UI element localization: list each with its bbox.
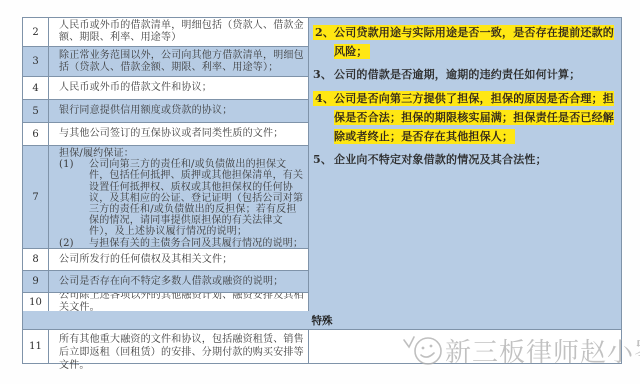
yellow-highlight: 4、公司是否向第三方提供了担保，担保的原因是否合理；担保是否合法；担保的期限核实… (313, 91, 614, 144)
row-number: 6 (23, 123, 49, 145)
row-content: 与其他公司签订的互保协议或者同类性质的文件； (49, 123, 308, 145)
table-row-6: 6 与其他公司签订的互保协议或者同类性质的文件； (23, 123, 308, 146)
item-text: 公司贷款用途与实际用途是否一致，是否存在提前还款的风险； (334, 26, 614, 58)
item-number: 3、 (313, 65, 334, 84)
row-content: 人民币或外币的借款文件和协议； (49, 77, 308, 99)
review-point-2: 2、公司贷款用途与实际用途是否一致，是否存在提前还款的风险； (313, 23, 617, 61)
row-content: 公司除上述各项以外的其他融资计划、融资安排及其相关文件。 (49, 293, 308, 311)
row-content: 银行同意提供信用额度或贷款的协议； (49, 100, 308, 122)
document-list-columns: 2 人民币或外币的借款清单，明细包括（贷款人、借款金额、期限、利率、用途等） 3… (23, 18, 309, 311)
review-point-3: 3、公司的借款是否逾期，逾期的违约责任如何计算； (313, 65, 617, 84)
table-row-7: 7 担保/履约保证： (1)公司向第三方的责任和/或负债做出的担保文件，包括任何… (23, 146, 308, 249)
table-row-10: 10 公司除上述各项以外的其他融资计划、融资安排及其相关文件。 (23, 293, 308, 311)
guarantee-subitem-2: (2)与担保有关的主债务合同及其履行情况的说明； (59, 238, 304, 248)
due-diligence-table: 2 人民币或外币的借款清单，明细包括（贷款人、借款金额、期限、利率、用途等） 3… (22, 17, 622, 364)
row11-left: 11 所有其他重大融资的文件和协议，包括融资租赁、销售后立即返租（回租赁）的安排… (23, 330, 309, 363)
table-row-5: 5 银行同意提供信用额度或贷款的协议； (23, 100, 308, 123)
guarantee-subitem-1: (1)公司向第三方的责任和/或负债做出的担保文件，包括任何抵押、质押或其他担保清… (59, 159, 304, 237)
row-content: 担保/履约保证： (1)公司向第三方的责任和/或负债做出的担保文件，包括任何抵押… (49, 146, 308, 248)
row-content: 公司所发行的任何债权及其相关文件； (49, 249, 308, 270)
row-number: 2 (23, 18, 49, 46)
review-points-panel: 2、公司贷款用途与实际用途是否一致，是否存在提前还款的风险； 3、公司的借款是否… (309, 18, 621, 311)
subitem-label: (1) (59, 159, 89, 170)
item-number: 2、 (313, 23, 334, 42)
review-point-4: 4、公司是否向第三方提供了担保，担保的原因是否合理；担保是否合法；担保的期限核实… (313, 89, 617, 146)
yellow-highlight: 2、公司贷款用途与实际用途是否一致，是否存在提前还款的风险； (313, 25, 614, 59)
document-page: 2 人民币或外币的借款清单，明细包括（贷款人、借款金额、期限、利率、用途等） 3… (0, 0, 640, 384)
row-number: 8 (23, 249, 49, 270)
item-text: 企业向不特定对象借款的情况及其合法性； (334, 153, 547, 166)
item-text: 公司是否向第三方提供了担保，担保的原因是否合理；担保是否合法；担保的期限核实届满… (334, 92, 614, 143)
review-point-5: 5、企业向不特定对象借款的情况及其合法性； (313, 150, 617, 169)
row-content: 所有其他重大融资的文件和协议，包括融资租赁、销售后立即返租（回租赁）的安排、分期… (49, 330, 308, 363)
subitem-text: 与担保有关的主债务合同及其履行情况的说明； (89, 238, 303, 248)
empty-cell (309, 330, 621, 363)
item-number: 5、 (313, 150, 334, 169)
table-row-9: 9 公司是否存在向不特定多数人借款或融资的说明； (23, 271, 308, 293)
row-content: 人民币或外币的借款清单，明细包括（贷款人、借款金额、期限、利率、用途等） (49, 18, 308, 46)
row-number: 11 (23, 330, 49, 363)
special-header-label: 特殊 (312, 313, 333, 328)
special-section-header: 特殊 (23, 311, 621, 330)
row-number: 3 (23, 47, 49, 76)
item-text: 公司的借款是否逾期，逾期的违约责任如何计算； (334, 68, 580, 81)
table-row-8: 8 公司所发行的任何债权及其相关文件； (23, 249, 308, 271)
subitem-label: (2) (59, 238, 89, 248)
row-number: 4 (23, 77, 49, 99)
row-number: 10 (23, 293, 49, 311)
table-body: 2 人民币或外币的借款清单，明细包括（贷款人、借款金额、期限、利率、用途等） 3… (23, 18, 621, 311)
guarantee-title: 担保/履约保证： (59, 148, 304, 159)
row-content: 除正常业务范围以外，公司向其他方借款清单，明细包括（贷款人、借款金额、期限、利率… (49, 47, 308, 76)
subitem-text: 公司向第三方的责任和/或负债做出的担保文件，包括任何抵押、质押或其他担保清单，有… (89, 159, 303, 237)
row-number: 7 (23, 146, 49, 248)
table-row-4: 4 人民币或外币的借款文件和协议； (23, 77, 308, 100)
item-number: 4、 (313, 89, 334, 108)
table-row-3: 3 除正常业务范围以外，公司向其他方借款清单，明细包括（贷款人、借款金额、期限、… (23, 47, 308, 77)
table-row-11: 11 所有其他重大融资的文件和协议，包括融资租赁、销售后立即返租（回租赁）的安排… (23, 330, 621, 363)
row-content: 公司是否存在向不特定多数人借款或融资的说明； (49, 271, 308, 292)
row-number: 9 (23, 271, 49, 292)
row-number: 5 (23, 100, 49, 122)
table-row-2: 2 人民币或外币的借款清单，明细包括（贷款人、借款金额、期限、利率、用途等） (23, 18, 308, 47)
